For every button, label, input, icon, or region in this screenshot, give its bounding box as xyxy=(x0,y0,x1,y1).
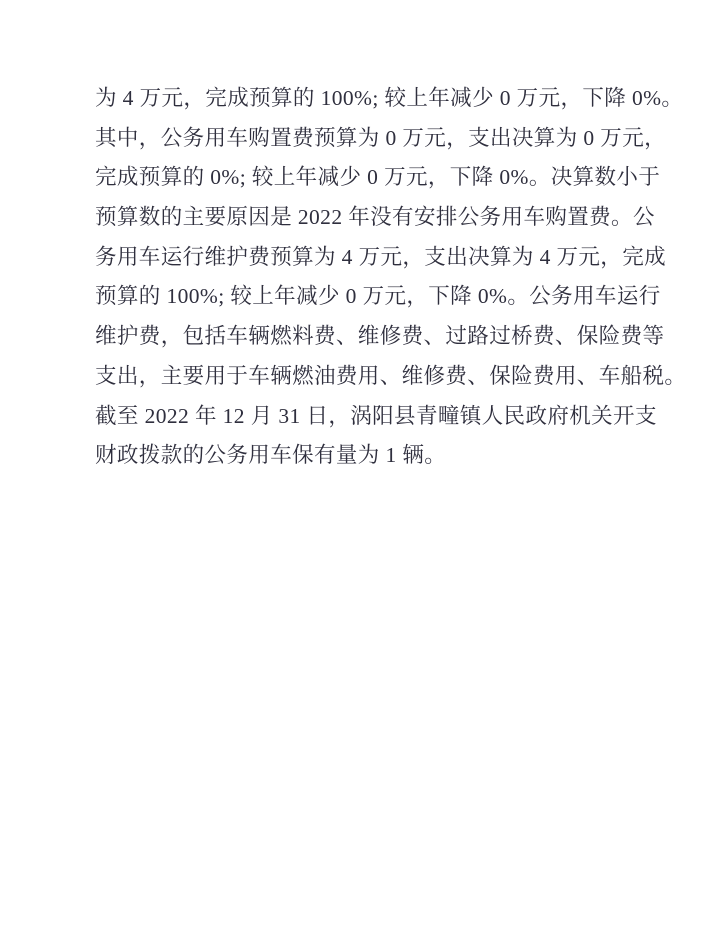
paragraph-line: 支出，主要用于车辆燃油费用、维修费、保险费用、车船税。 xyxy=(95,357,612,397)
paragraph-line: 预算的 100%; 较上年减少 0 万元，下降 0%。公务用车运行 xyxy=(95,277,612,317)
paragraph-line: 截至 2022 年 12 月 31 日，涡阳县青疃镇人民政府机关开支 xyxy=(95,397,612,437)
paragraph-line: 完成预算的 0%; 较上年减少 0 万元，下降 0%。决算数小于 xyxy=(95,158,612,198)
paragraph-line: 其中，公务用车购置费预算为 0 万元，支出决算为 0 万元， xyxy=(95,119,612,159)
paragraph-line: 务用车运行维护费预算为 4 万元，支出决算为 4 万元，完成 xyxy=(95,238,612,278)
body-paragraph: 为 4 万元，完成预算的 100%; 较上年减少 0 万元，下降 0%。 其中，… xyxy=(95,79,612,476)
paragraph-line: 财政拨款的公务用车保有量为 1 辆。 xyxy=(95,436,612,476)
paragraph-line: 为 4 万元，完成预算的 100%; 较上年减少 0 万元，下降 0%。 xyxy=(95,79,612,119)
paragraph-line: 预算数的主要原因是 2022 年没有安排公务用车购置费。公 xyxy=(95,198,612,238)
document-page: 为 4 万元，完成预算的 100%; 较上年减少 0 万元，下降 0%。 其中，… xyxy=(0,0,707,932)
paragraph-line: 维护费，包括车辆燃料费、维修费、过路过桥费、保险费等 xyxy=(95,317,612,357)
